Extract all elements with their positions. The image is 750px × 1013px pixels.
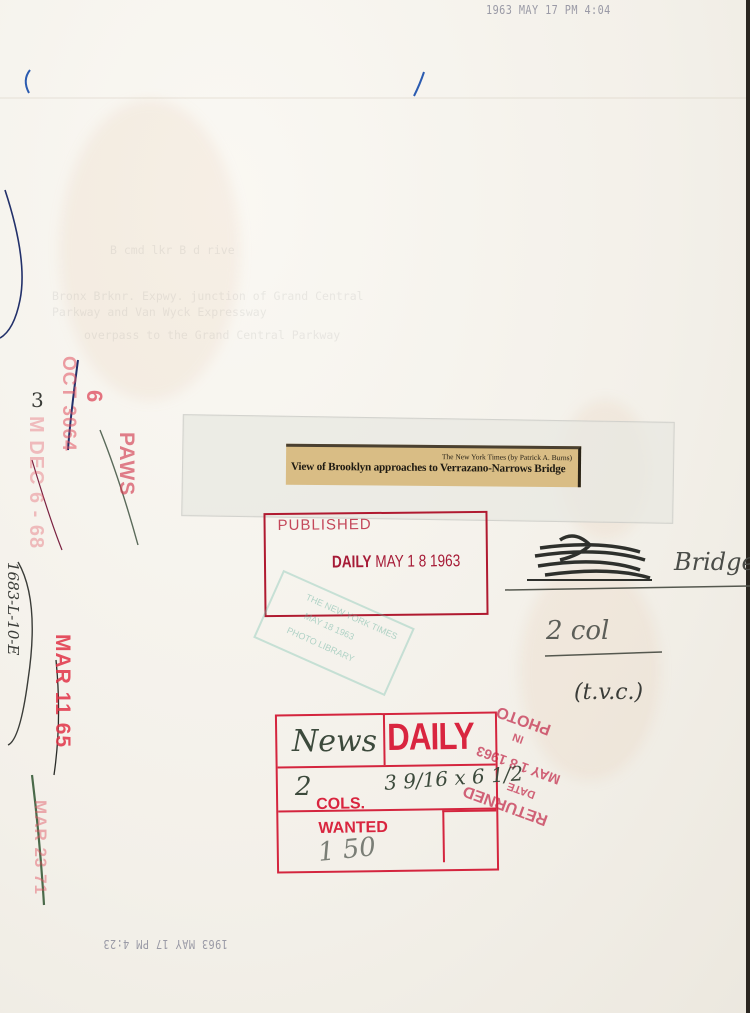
mar65-date-stamp: MAR 11 65	[50, 634, 74, 748]
ghost-typescript-line: overpass to the Grand Central Parkway	[84, 328, 340, 342]
caption-clipping: The New York Times (by Patrick A. Burns)…	[286, 444, 581, 488]
handwritten-wanted: 1 50	[317, 832, 378, 868]
daily-stamp-cols-label: COLS.	[316, 795, 365, 814]
daily-stamp-title: DAILY	[387, 716, 474, 760]
file-code: 1683-L-10-E	[4, 562, 22, 655]
oct-date-stamp: OCT 3064	[57, 356, 79, 452]
mar71-date-stamp: MAR 23 71	[30, 800, 50, 895]
ghost-typescript-line: B cmd lkr B d rive	[110, 243, 235, 257]
published-date: DAILY MAY 1 8 1963	[332, 551, 460, 572]
clipping-credit: The New York Times (by Patrick A. Burns)	[442, 452, 572, 462]
dec-date-stamp: M DEC 6 - 68	[24, 416, 47, 549]
handwritten-margin-number: 3	[31, 388, 44, 412]
returned-line: IN	[511, 730, 525, 745]
handwritten-paper-name: News	[292, 724, 377, 759]
clipping-caption: View of Brooklyn approaches to Verrazano…	[291, 461, 566, 475]
pencil-note-tvc: (t.v.c.)	[574, 680, 643, 705]
published-edition: DAILY	[332, 552, 372, 571]
published-label: PUBLISHED	[278, 516, 372, 534]
pencil-note-cols: 2 col	[546, 616, 609, 646]
photo-verso: 1963 MAY 17 PM 4:04 1963 MAY 17 PM 4:23 …	[0, 0, 750, 1013]
published-date-value: MAY 1 8 1963	[375, 551, 460, 571]
handwritten-cols: 2	[295, 772, 312, 802]
ghost-typescript-line: Parkway and Van Wyck Expressway	[52, 305, 267, 319]
paws-stamp: PAWS	[114, 432, 138, 496]
ghost-typescript-line: Bronx Brknr. Expwy. junction of Grand Ce…	[52, 289, 364, 303]
pencil-note-bridge: Bridge	[674, 548, 750, 576]
daily-stamp-checkbox	[442, 809, 497, 862]
returned-line: PHOTO	[494, 702, 553, 738]
margin-stamp-number: 6	[81, 390, 107, 403]
